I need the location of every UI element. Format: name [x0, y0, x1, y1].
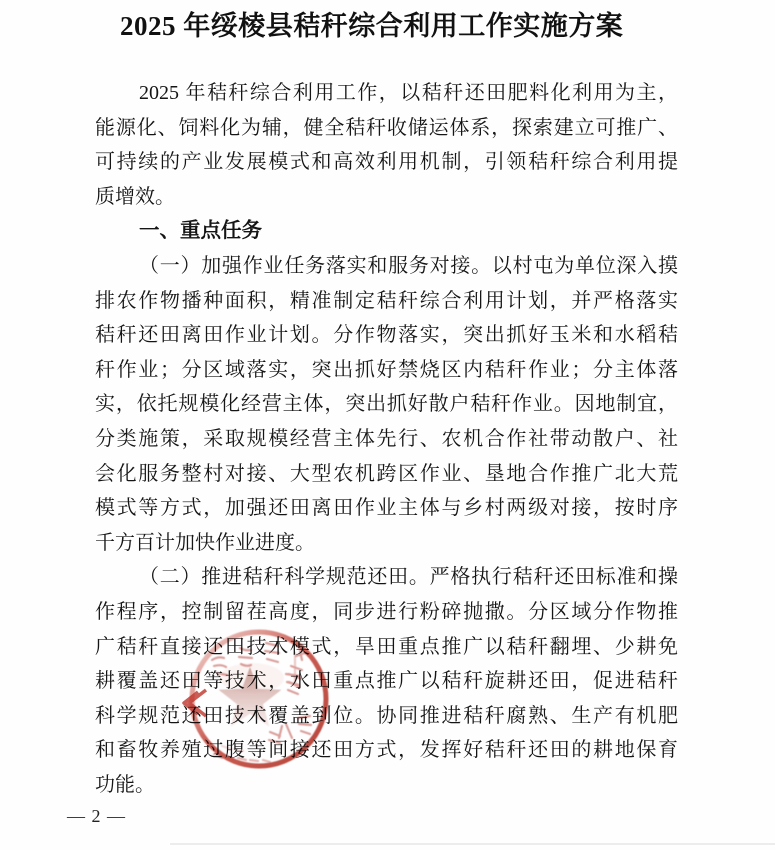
text-line: 科学规范还田技术覆盖到位。协同推进秸秆腐熟、生产有机肥 — [95, 699, 678, 734]
text-line: 功能。 — [95, 768, 678, 803]
text-line: 广秸秆直接还田技术模式，旱田重点推广以秸秆翻埋、少耕免 — [95, 630, 678, 665]
section-heading: 一、重点任务 — [95, 214, 678, 249]
text-line: 秸秆还田离田作业计划。分作物落实，突出抓好玉米和水稻秸 — [95, 318, 678, 353]
scan-edge-line — [170, 843, 775, 845]
text-line: 耕覆盖还田等技术，水田重点推广以秸秆旋耕还田，促进秸秆 — [95, 664, 678, 699]
text-line: 作程序，控制留茬高度，同步进行粉碎抛撒。分区域分作物推 — [95, 595, 678, 630]
text-line: （二）推进秸秆科学规范还田。严格执行秸秆还田标准和操 — [95, 560, 678, 595]
text-line: 和畜牧养殖过腹等间接还田方式，发挥好秸秆还田的耕地保育 — [95, 733, 678, 768]
text-line: （一）加强作业任务落实和服务对接。以村屯为单位深入摸 — [95, 249, 678, 284]
text-line: 分类施策，采取规模经营主体先行、农机合作社带动散户、社 — [95, 422, 678, 457]
text-line: 模式等方式，加强还田离田作业主体与乡村两级对接，按时序 — [95, 491, 678, 526]
text-line: 会化服务整村对接、大型农机跨区作业、垦地合作推广北大荒 — [95, 457, 678, 492]
text-line: 实，依托规模化经营主体，突出抓好散户秸秆作业。因地制宜， — [95, 387, 678, 422]
text-line: 能源化、饲料化为辅，健全秸秆收储运体系，探索建立可推广、 — [95, 111, 678, 146]
text-line: 质增效。 — [95, 180, 678, 215]
text-line: 可持续的产业发展模式和高效利用机制，引领秸秆综合利用提 — [95, 145, 678, 180]
text-line: 排农作物播种面积，精准制定秸秆综合利用计划，并严格落实 — [95, 284, 678, 319]
document-title: 2025 年绥棱县秸秆综合利用工作实施方案 — [120, 4, 623, 43]
document-page: 2025 年绥棱县秸秆综合利用工作实施方案 2025 年秸秆综合利用工作，以秸秆… — [0, 0, 775, 850]
page-number: — 2 — — [67, 806, 126, 827]
text-line: 秆作业；分区域落实，突出抓好禁烧区内秸秆作业；分主体落 — [95, 353, 678, 388]
text-line: 2025 年秸秆综合利用工作，以秸秆还田肥料化利用为主， — [95, 76, 678, 111]
document-body: 2025 年秸秆综合利用工作，以秸秆还田肥料化利用为主， 能源化、饲料化为辅，健… — [95, 76, 678, 802]
text-line: 千方百计加快作业进度。 — [95, 526, 678, 561]
